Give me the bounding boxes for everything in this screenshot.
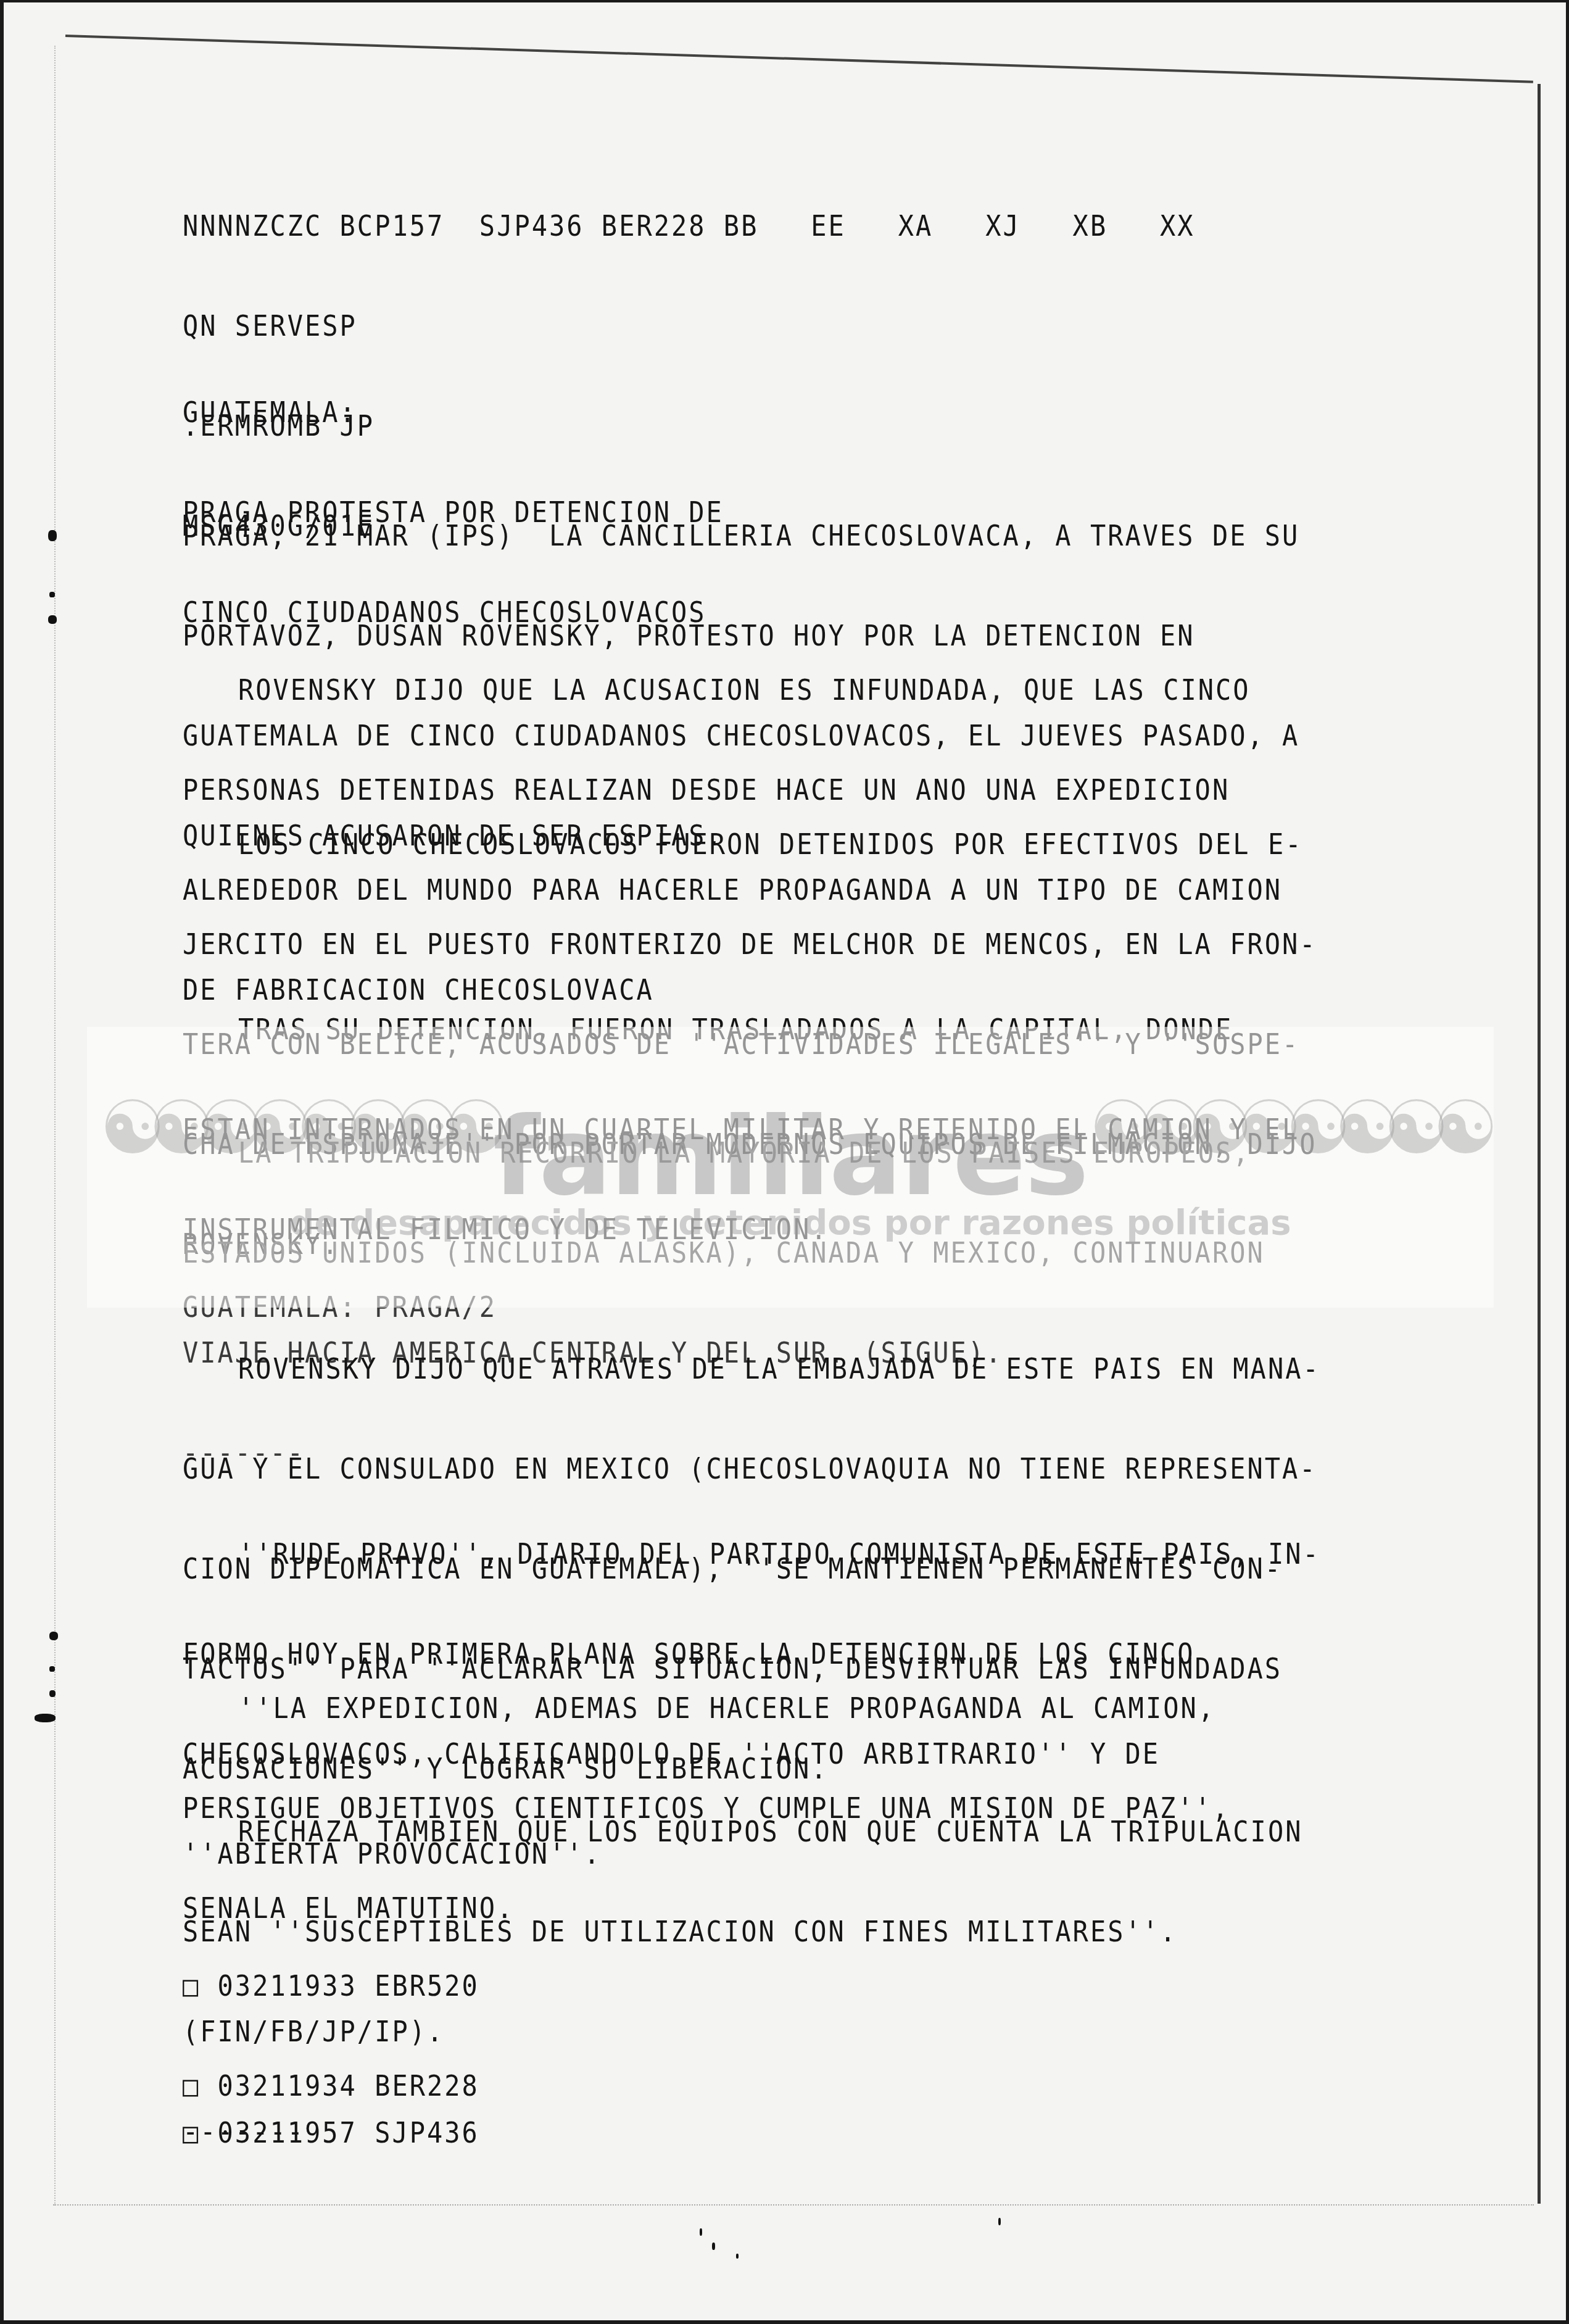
ink-speck: [712, 2243, 715, 2250]
text-line: PRAGA, 21 MAR (IPS) LA CANCILLERIA CHECO…: [183, 520, 1299, 553]
ink-speck: [998, 2218, 1001, 2225]
routing-code: □ 03211933 EBR520: [183, 1970, 479, 2003]
routing-codes-final: □ 03211957 SJP436: [183, 2050, 479, 2217]
header-line: NNNNZCZC BCP157 SJP436 BER228 BB EE XA X…: [183, 210, 1195, 243]
text-line: TRAS SU DETENCION, FUERON TRASLADADOS A …: [183, 1013, 1299, 1047]
text-line: ''LA EXPEDICION, ADEMAS DE HACERLE PROPA…: [183, 1692, 1230, 1725]
ink-speck: [736, 2254, 739, 2259]
telex-page: NNNNZCZC BCP157 SJP436 BER228 BB EE XA X…: [4, 2, 1566, 2320]
punch-mark: [49, 1690, 56, 1697]
text-line: ''RUDE PRAVO'', DIARIO DEL PARTIDO COMUN…: [183, 1538, 1320, 1571]
printed-border-top: [65, 35, 1533, 83]
perforation-edge-left: [54, 46, 57, 2206]
punch-mark: [49, 1666, 55, 1672]
text-line: LA TRIPULACION RECORRIO LA MAYORIA DE LO…: [183, 1137, 1265, 1170]
punch-mark: [49, 1632, 58, 1640]
punch-mark: [48, 530, 57, 541]
text-line: ROVENSKY DIJO QUE ATRAVES DE LA EMBAJADA…: [183, 1353, 1320, 1386]
punch-mark: [49, 592, 55, 597]
dateline-label: GUATEMALA:: [183, 396, 724, 430]
punch-mark: [35, 1714, 56, 1722]
text-line: RECHAZA TAMBIEN QUE LOS EQUIPOS CON QUE …: [183, 1816, 1302, 1849]
text-line: ROVENSKY DIJO QUE LA ACUSACION ES INFUND…: [183, 674, 1282, 707]
text-line: LOS CINCO CHECOSLOVACOS FUERON DETENIDOS…: [183, 828, 1317, 861]
routing-code: □ 03211957 SJP436: [183, 2117, 479, 2150]
printed-border-right: [1538, 84, 1541, 2204]
ink-speck: [700, 2228, 702, 2236]
punch-mark: [48, 615, 57, 624]
